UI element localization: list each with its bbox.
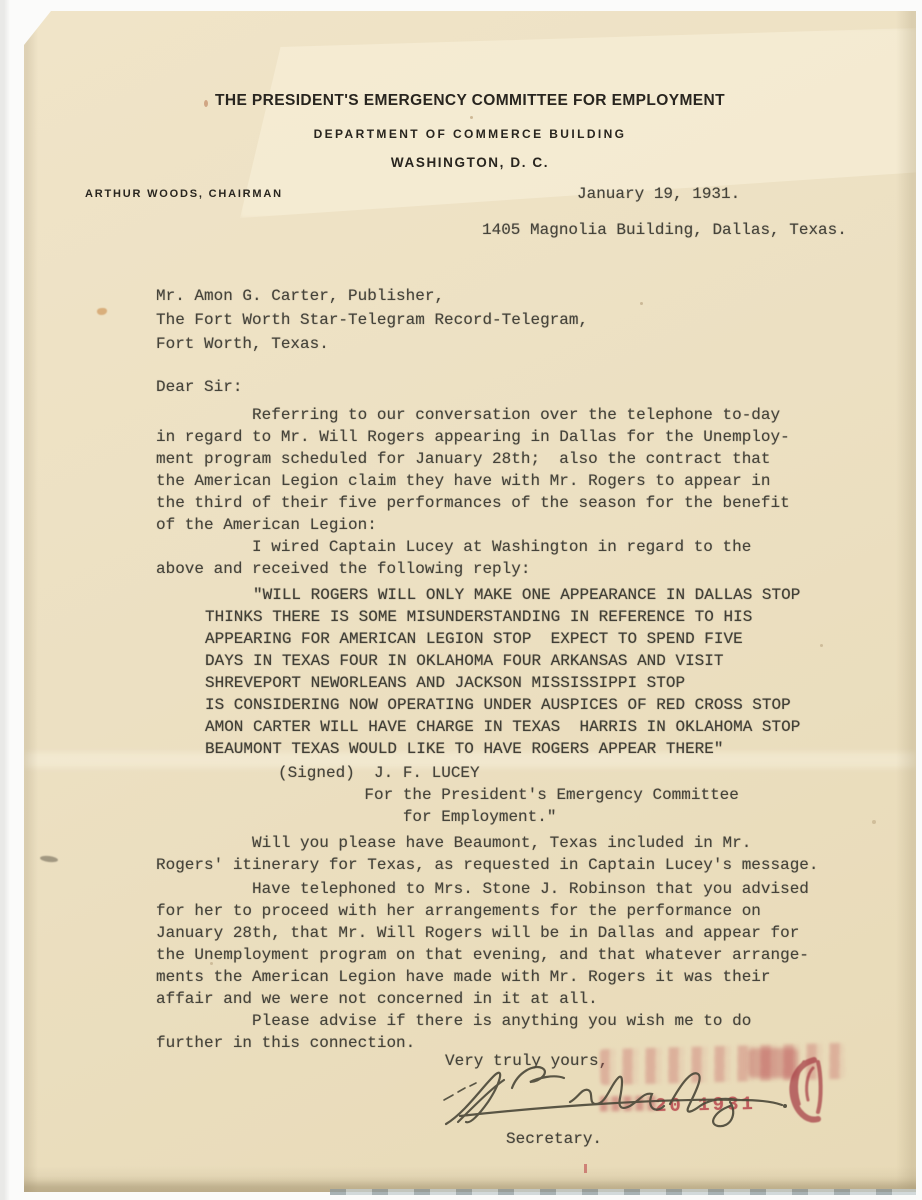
letter-date: January 19, 1931.	[577, 183, 740, 205]
paper-speck	[820, 644, 823, 647]
paper-speck	[350, 562, 353, 565]
secretary-signature	[430, 1058, 790, 1138]
recipient-line-3: Fort Worth, Texas.	[156, 335, 329, 353]
paper-speck	[872, 820, 876, 824]
letterhead-title: THE PRESIDENT'S EMERGENCY COMMITTEE FOR …	[37, 92, 902, 110]
recipient-address: Mr. Amon G. Carter, Publisher, The Fort …	[156, 284, 588, 356]
signed-block: (Signed) J. F. LUCEY For the President's…	[278, 762, 739, 828]
scanned-letter-page: THE PRESIDENT'S EMERGENCY COMMITTEE FOR …	[0, 0, 922, 1200]
red-speck	[584, 1164, 587, 1173]
letterhead-subtitle: DEPARTMENT OF COMMERCE BUILDING	[24, 127, 916, 141]
return-address: 1405 Magnolia Building, Dallas, Texas.	[482, 219, 847, 241]
paper-speck	[470, 116, 473, 119]
telegram-quote: "WILL ROGERS WILL ONLY MAKE ONE APPEARAN…	[205, 584, 800, 760]
scan-edge-strip	[330, 1189, 916, 1195]
paragraph-beaumont: Will you please have Beaumont, Texas inc…	[156, 832, 819, 876]
recipient-line-2: The Fort Worth Star-Telegram Record-Tele…	[156, 311, 588, 329]
recipient-line-1: Mr. Amon G. Carter, Publisher,	[156, 287, 444, 305]
paper-speck	[204, 100, 208, 107]
paragraph-referring: Referring to our conversation over the t…	[156, 404, 790, 536]
paragraph-telephoned: Have telephoned to Mrs. Stone J. Robinso…	[156, 878, 809, 1010]
paragraph-wired: I wired Captain Lucey at Washington in r…	[156, 536, 751, 580]
paper-speck	[210, 962, 213, 965]
salutation: Dear Sir:	[156, 376, 242, 398]
letterhead-city: WASHINGTON, D. C.	[24, 155, 916, 170]
paper-speck	[640, 302, 643, 305]
letterhead-chairman: ARTHUR WOODS, CHAIRMAN	[85, 188, 283, 200]
